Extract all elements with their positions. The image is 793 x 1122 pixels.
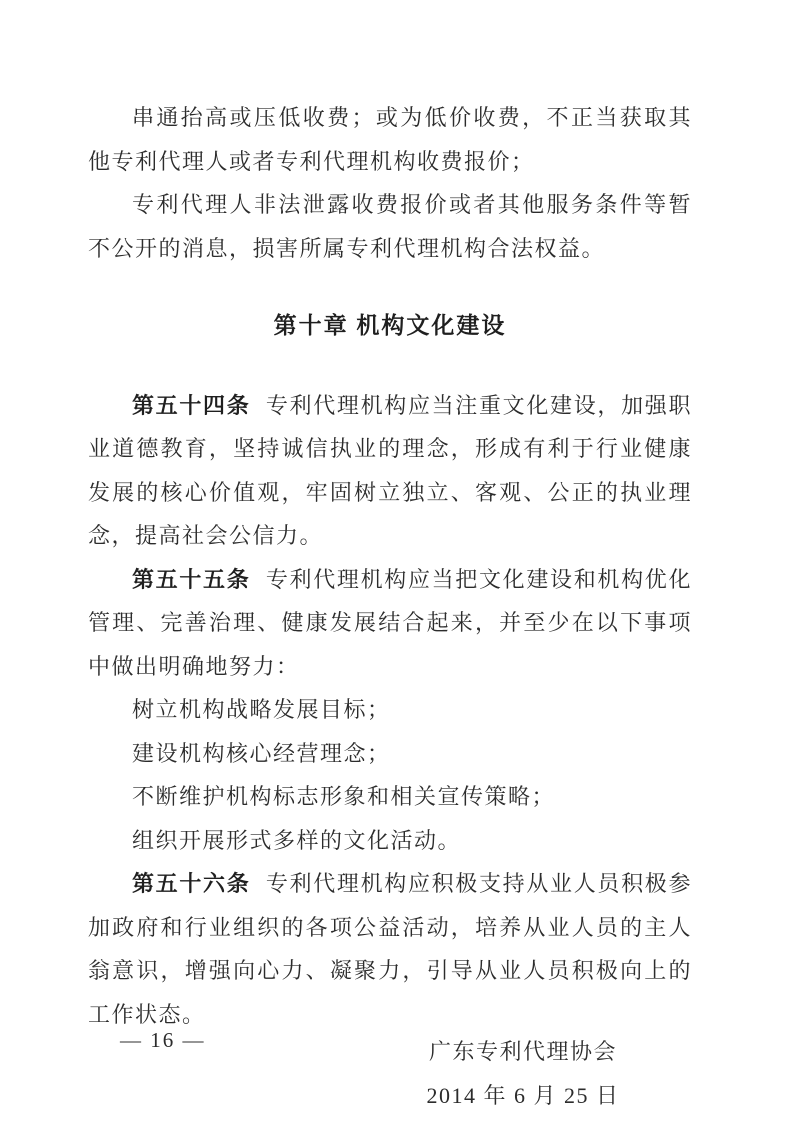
signature-line: 广东专利代理协会 [221, 1030, 793, 1074]
list-item-3: 不断维护机构标志形象和相关宣传策略； [88, 775, 692, 819]
closing-block: 广东专利代理协会 2014 年 6 月 25 日 [221, 1030, 793, 1117]
date-line: 2014 年 6 月 25 日 [221, 1074, 793, 1118]
list-item-2: 建设机构核心经营理念； [88, 732, 692, 776]
article-54-label: 第五十四条 [132, 393, 250, 418]
intro-paragraph-1: 串通抬高或压低收费；或为低价收费，不正当获取其他专利代理人或者专利代理机构收费报… [88, 96, 692, 183]
chapter-heading: 第十章 机构文化建设 [88, 304, 692, 348]
list-item-1: 树立机构战略发展目标； [88, 688, 692, 732]
article-55-label: 第五十五条 [132, 567, 250, 592]
list-item-4: 组织开展形式多样的文化活动。 [88, 819, 692, 863]
article-56: 第五十六条专利代理机构应积极支持从业人员积极参加政府和行业组织的各项公益活动，培… [88, 862, 692, 1036]
article-56-label: 第五十六条 [132, 871, 250, 896]
document-page: 串通抬高或压低收费；或为低价收费，不正当获取其他专利代理人或者专利代理机构收费报… [0, 0, 793, 1122]
article-54: 第五十四条专利代理机构应当注重文化建设，加强职业道德教育，坚持诚信执业的理念，形… [88, 384, 692, 558]
intro-paragraph-2: 专利代理人非法泄露收费报价或者其他服务条件等暂不公开的消息，损害所属专利代理机构… [88, 183, 692, 270]
article-55: 第五十五条专利代理机构应当把文化建设和机构优化管理、完善治理、健康发展结合起来，… [88, 558, 692, 689]
page-number: — 16 — [120, 1028, 206, 1053]
page-content: 串通抬高或压低收费；或为低价收费，不正当获取其他专利代理人或者专利代理机构收费报… [88, 96, 692, 1117]
